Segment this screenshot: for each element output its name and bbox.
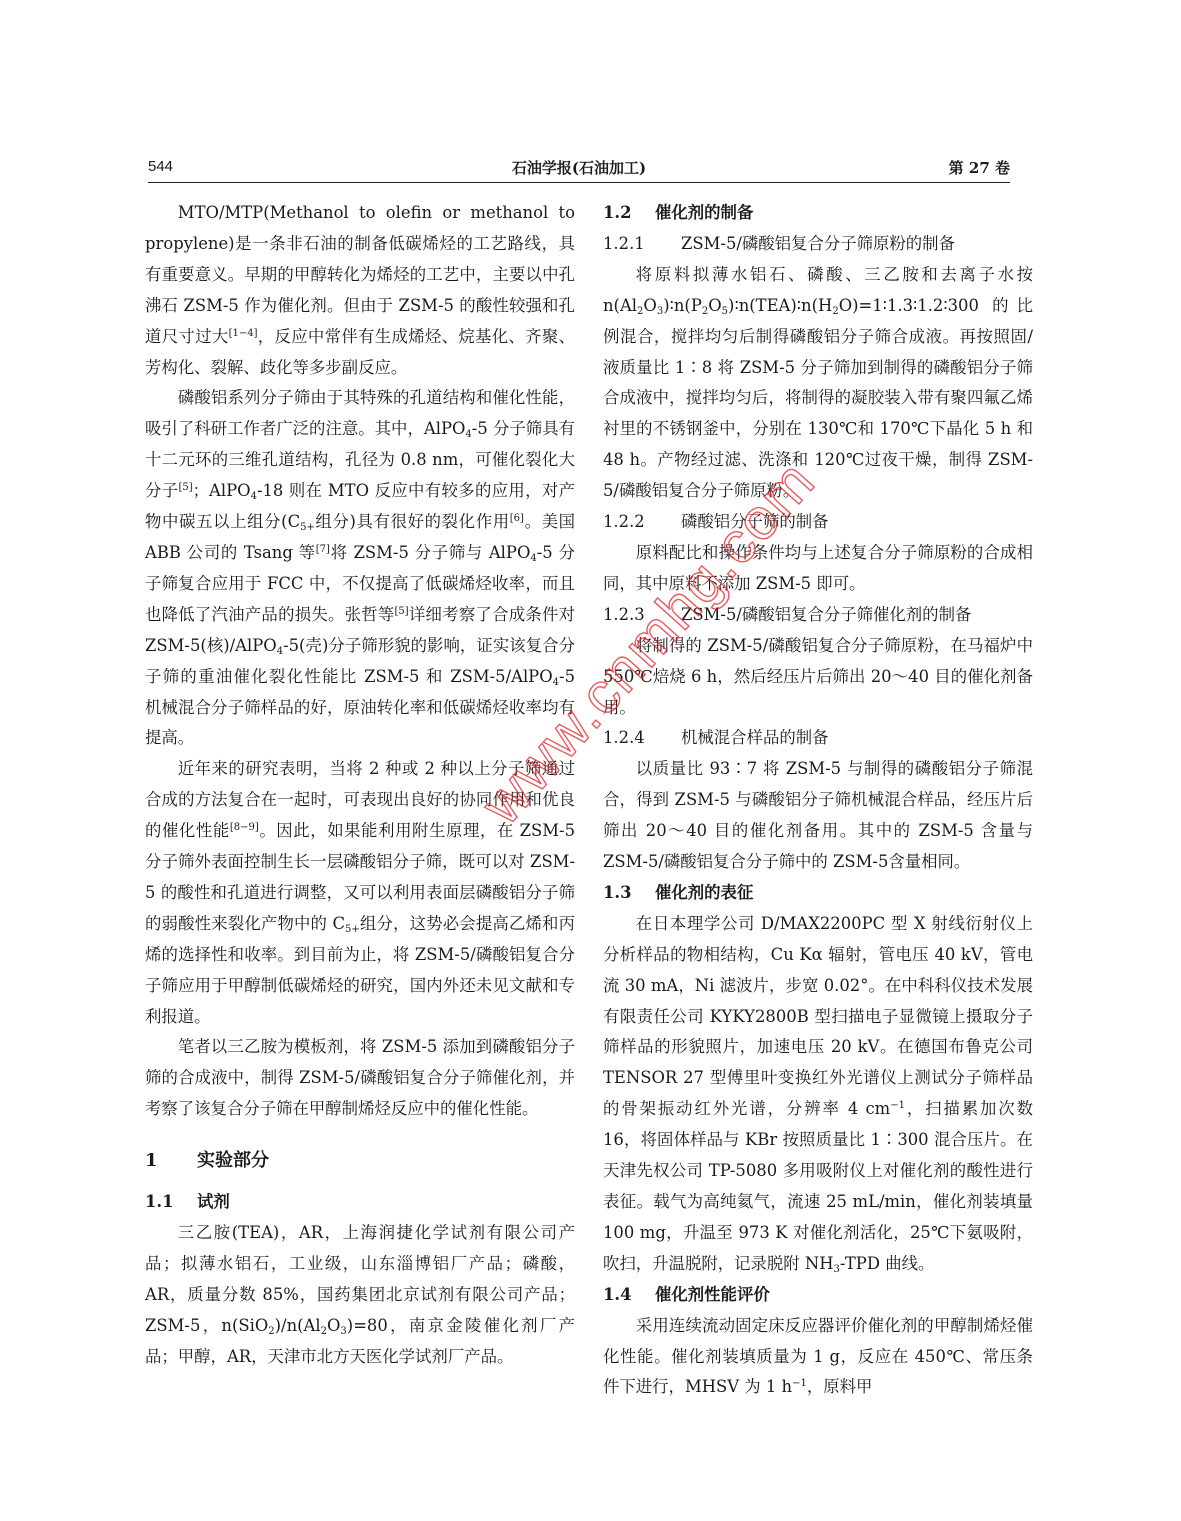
paragraph-prep-composite: 将原料拟薄水铝石、磷酸、三乙胺和去离子水按 n(Al2O3)∶n(P2O5)∶n… (603, 260, 1033, 507)
running-header: 544 石油学报(石油加工) 第 27 卷 (148, 152, 1010, 183)
paragraph-aim: 笔者以三乙胺为模板剂，将 ZSM-5 添加到磷酸铝分子筛的合成液中，制得 ZSM… (145, 1032, 575, 1125)
right-column: 1.2催化剂的制备 1.2.1ZSM-5/磷酸铝复合分子筛原粉的制备 将原料拟薄… (603, 198, 1033, 1403)
citation[interactable]: [1−4] (229, 328, 258, 339)
journal-title: 石油学报(石油加工) (148, 157, 1010, 178)
left-column: MTO/MTP(Methanol to olefin or methanol t… (145, 198, 575, 1373)
section-heading-1-2-2: 1.2.2磷酸铝分子筛的制备 (603, 507, 1033, 538)
section-heading-1-2-3: 1.2.3ZSM-5/磷酸铝复合分子筛催化剂的制备 (603, 600, 1033, 631)
section-heading-1-2-1: 1.2.1ZSM-5/磷酸铝复合分子筛原粉的制备 (603, 229, 1033, 260)
paragraph-composite: 近年来的研究表明，当将 2 种或 2 种以上分子筛通过合成的方法复合在一起时，可… (145, 754, 575, 1032)
paragraph-prep-alpo: 原料配比和操作条件均与上述复合分子筛原粉的合成相同，其中原料不添加 ZSM-5 … (603, 538, 1033, 600)
section-heading-1-4: 1.4催化剂性能评价 (603, 1280, 1033, 1311)
citation[interactable]: [5] (395, 606, 409, 617)
citation[interactable]: [7] (316, 544, 330, 555)
citation[interactable]: [6] (510, 513, 524, 524)
section-heading-1-2-4: 1.2.4机械混合样品的制备 (603, 723, 1033, 754)
citation[interactable]: [8−9] (230, 822, 259, 833)
paragraph-mechanical-mix: 以质量比 93∶7 将 ZSM-5 与制得的磷酸铝分子筛混合，得到 ZSM-5 … (603, 754, 1033, 878)
section-heading-1-3: 1.3催化剂的表征 (603, 878, 1033, 909)
paragraph-reagents: 三乙胺(TEA)，AR，上海润捷化学试剂有限公司产品；拟薄水铝石，工业级，山东淄… (145, 1218, 575, 1373)
paragraph-characterization: 在日本理学公司 D/MAX2200PC 型 X 射线衍射仪上分析样品的物相结构，… (603, 909, 1033, 1280)
section-heading-1-2: 1.2催化剂的制备 (603, 198, 1033, 229)
citation[interactable]: [5] (178, 482, 192, 493)
journal-page: 544 石油学报(石油加工) 第 27 卷 MTO/MTP(Methanol t… (0, 0, 1181, 1521)
section-heading-1: 1实验部分 (145, 1145, 575, 1177)
paragraph-alpo: 磷酸铝系列分子筛由于其特殊的孔道结构和催化性能，吸引了科研工作者广泛的注意。其中… (145, 383, 575, 754)
paragraph-prep-catalyst: 将制得的 ZSM-5/磷酸铝复合分子筛原粉，在马福炉中 550℃焙烧 6 h，然… (603, 631, 1033, 724)
paragraph-intro: MTO/MTP(Methanol to olefin or methanol t… (145, 198, 575, 383)
section-heading-1-1: 1.1试剂 (145, 1187, 575, 1218)
volume-label: 第 27 卷 (949, 157, 1010, 178)
paragraph-evaluation: 采用连续流动固定床反应器评价催化剂的甲醇制烯烃催化性能。催化剂装填质量为 1 g… (603, 1311, 1033, 1404)
